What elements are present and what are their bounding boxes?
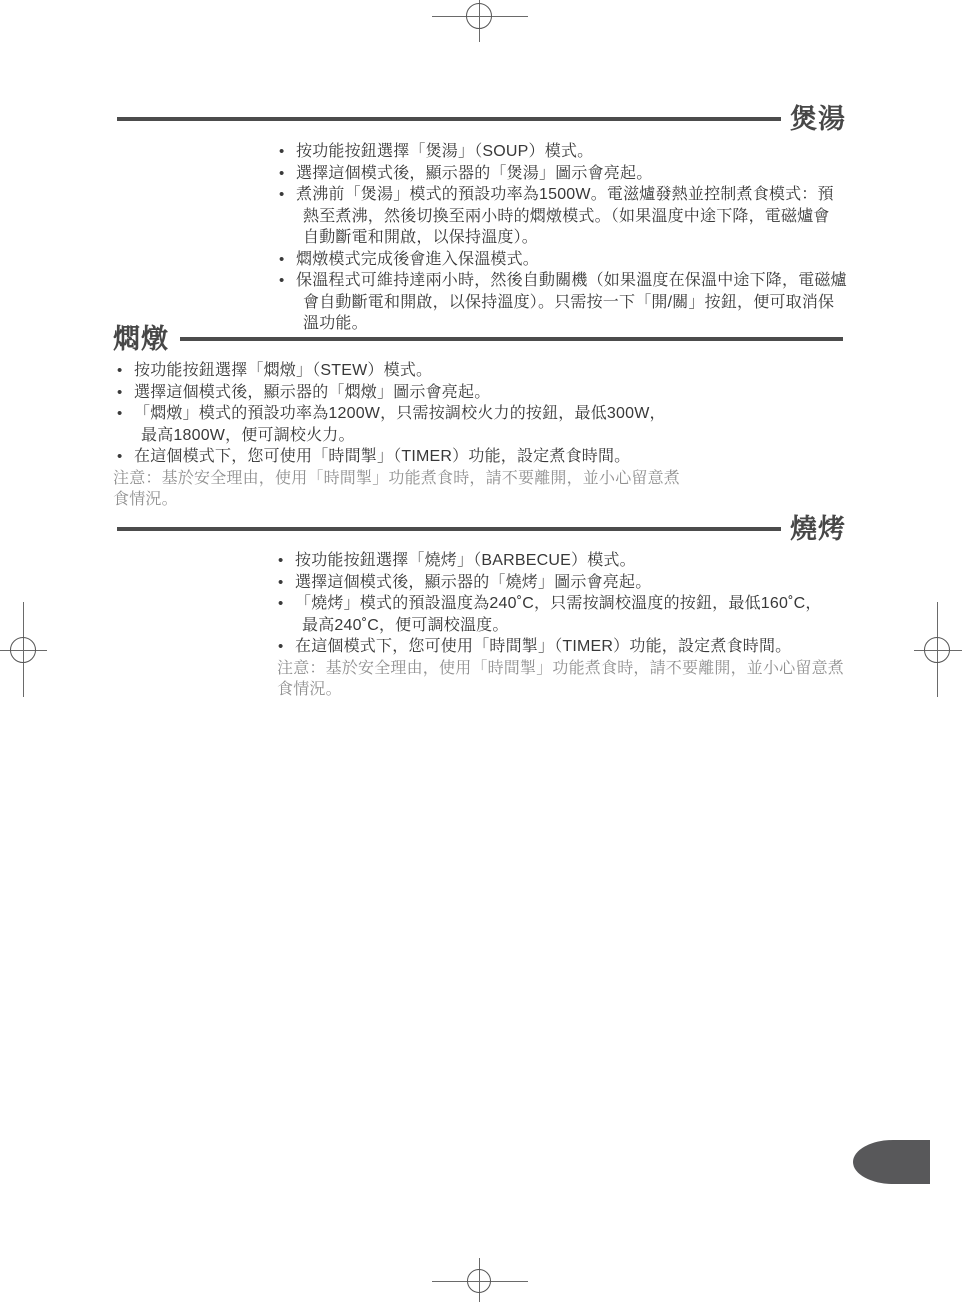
section-rule (117, 117, 781, 121)
section-soup-header: 煲湯 (117, 104, 846, 134)
section-barbecue: 燒烤 • 按功能按鈕選擇「燒烤」（BARBECUE）模式。 • 選擇這個模式後，… (117, 514, 846, 701)
bullet-icon: • (279, 163, 296, 185)
bullet-icon: • (278, 572, 295, 594)
bullet-icon: • (117, 360, 134, 382)
section-title: 燒烤 (790, 514, 846, 544)
section-stew-header: 燜燉 (113, 324, 843, 354)
bullet-line: 保溫程式可維持達兩小時，然後自動關機（如果溫度在保溫中途下降，電磁爐 (296, 270, 846, 292)
bullet-line: 按功能按鈕選擇「煲湯」（SOUP）模式。 (296, 141, 846, 163)
bullet-list: • 按功能按鈕選擇「燒烤」（BARBECUE）模式。 • 選擇這個模式後，顯示器… (278, 550, 846, 658)
section-soup: 煲湯 • 按功能按鈕選擇「煲湯」（SOUP）模式。 • 選擇這個模式後，顯示器的… (117, 104, 846, 335)
list-item: • 按功能按鈕選擇「燜燉」（STEW）模式。 (117, 360, 843, 382)
bullet-line: 煮沸前「煲湯」模式的預設功率為1500W。電滋爐發熱並控制煮食模式：預 (296, 184, 846, 206)
bullet-icon: • (279, 141, 296, 163)
section-title: 煲湯 (790, 104, 846, 134)
bullet-line: 熱至煮沸，然後切換至兩小時的燜燉模式。（如果溫度中途下降，電磁爐會 (303, 206, 846, 228)
list-item: • 按功能按鈕選擇「煲湯」（SOUP）模式。 (279, 141, 846, 163)
bullet-line: 選擇這個模式後，顯示器的「燒烤」圖示會亮起。 (295, 572, 846, 594)
bullet-line: 在這個模式下，您可使用「時間掣」（TIMER）功能，設定煮食時間。 (295, 636, 846, 658)
bullet-list: • 按功能按鈕選擇「燜燉」（STEW）模式。 • 選擇這個模式後，顯示器的「燜燉… (117, 360, 843, 468)
bullet-icon: • (278, 550, 295, 572)
bullet-icon: • (117, 403, 134, 446)
list-item: • 在這個模式下，您可使用「時間掣」（TIMER）功能，設定煮食時間。 (278, 636, 846, 658)
bullet-line: 燜燉模式完成後會進入保溫模式。 (296, 249, 846, 271)
bullet-line: 「燜燉」模式的預設功率為1200W，只需按調校火力的按鈕，最低300W， (134, 403, 843, 425)
section-barbecue-header: 燒烤 (117, 514, 846, 544)
bullet-line: 在這個模式下，您可使用「時間掣」（TIMER）功能，設定煮食時間。 (134, 446, 843, 468)
list-item: • 「燒烤」模式的預設溫度為240˚C，只需按調校溫度的按鈕，最低160˚C， … (278, 593, 846, 636)
bullet-icon: • (278, 593, 295, 636)
section-title: 燜燉 (113, 324, 169, 354)
bullet-line: 會自動斷電和開啟，以保持溫度）。只需按一下「開/關」按鈕，便可取消保 (303, 292, 846, 314)
bullet-icon: • (117, 382, 134, 404)
bullet-icon: • (279, 184, 296, 249)
safety-note: 注意：基於安全理由，使用「時間掣」功能煮食時，請不要離開，並小心留意煮 食情況。 (113, 468, 843, 511)
list-item: • 選擇這個模式後，顯示器的「燜燉」圖示會亮起。 (117, 382, 843, 404)
bullet-icon: • (279, 249, 296, 271)
list-item: • 燜燉模式完成後會進入保溫模式。 (279, 249, 846, 271)
safety-note: 注意：基於安全理由，使用「時間掣」功能煮食時，請不要離開，並小心留意煮 食情況。 (277, 658, 846, 701)
bullet-icon: • (278, 636, 295, 658)
section-rule (117, 527, 781, 531)
bullet-icon: • (117, 446, 134, 468)
bullet-line: 「燒烤」模式的預設溫度為240˚C，只需按調校溫度的按鈕，最低160˚C， (295, 593, 846, 615)
list-item: • 按功能按鈕選擇「燒烤」（BARBECUE）模式。 (278, 550, 846, 572)
bullet-line: 選擇這個模式後，顯示器的「燜燉」圖示會亮起。 (134, 382, 843, 404)
note-line: 食情況。 (113, 489, 843, 511)
note-line: 注意：基於安全理由，使用「時間掣」功能煮食時，請不要離開，並小心留意煮 (113, 468, 843, 490)
list-item: • 煮沸前「煲湯」模式的預設功率為1500W。電滋爐發熱並控制煮食模式：預 熱至… (279, 184, 846, 249)
bullet-list: • 按功能按鈕選擇「煲湯」（SOUP）模式。 • 選擇這個模式後，顯示器的「煲湯… (279, 141, 846, 335)
list-item: • 在這個模式下，您可使用「時間掣」（TIMER）功能，設定煮食時間。 (117, 446, 843, 468)
bullet-line: 按功能按鈕選擇「燜燉」（STEW）模式。 (134, 360, 843, 382)
bullet-line: 最高1800W，便可調校火力。 (141, 425, 843, 447)
section-stew: 燜燉 • 按功能按鈕選擇「燜燉」（STEW）模式。 • 選擇這個模式後，顯示器的… (113, 324, 843, 511)
manual-page: 煲湯 • 按功能按鈕選擇「煲湯」（SOUP）模式。 • 選擇這個模式後，顯示器的… (0, 0, 962, 1302)
bullet-line: 選擇這個模式後，顯示器的「煲湯」圖示會亮起。 (296, 163, 846, 185)
section-rule (180, 337, 843, 341)
list-item: • 選擇這個模式後，顯示器的「燒烤」圖示會亮起。 (278, 572, 846, 594)
bullet-line: 最高240˚C，便可調校溫度。 (302, 615, 846, 637)
note-line: 食情況。 (277, 679, 846, 701)
bullet-line: 按功能按鈕選擇「燒烤」（BARBECUE）模式。 (295, 550, 846, 572)
list-item: • 選擇這個模式後，顯示器的「煲湯」圖示會亮起。 (279, 163, 846, 185)
note-line: 注意：基於安全理由，使用「時間掣」功能煮食時，請不要離開，並小心留意煮 (277, 658, 846, 680)
page-edge-tab (853, 1140, 930, 1184)
list-item: • 「燜燉」模式的預設功率為1200W，只需按調校火力的按鈕，最低300W， 最… (117, 403, 843, 446)
bullet-line: 自動斷電和開啟，以保持溫度）。 (303, 227, 846, 249)
